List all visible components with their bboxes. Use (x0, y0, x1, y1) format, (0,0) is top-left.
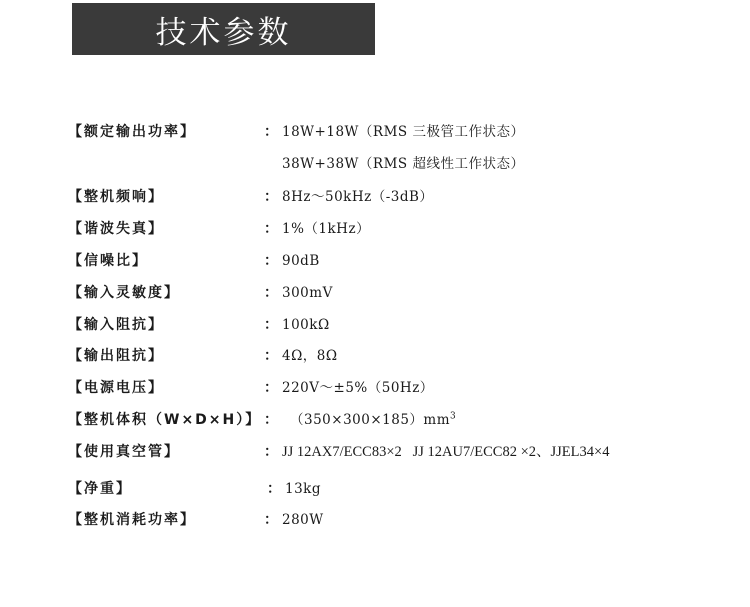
spec-value: 1%（1kHz） (282, 218, 370, 240)
spec-colon: ： (264, 186, 278, 208)
spec-label: 【整机消耗功率】 (68, 509, 196, 531)
spec-value: 300mV (282, 282, 333, 304)
spec-colon: ： (264, 250, 278, 272)
spec-colon: ： (264, 345, 278, 367)
spec-label: 【电源电压】 (68, 377, 164, 399)
spec-value: 220V～±5%（50Hz） (282, 377, 434, 399)
spec-value: 90dB (282, 250, 320, 272)
spec-label: 【谐波失真】 (68, 218, 164, 240)
spec-label: 【整机体积（W×D×H）】 (68, 409, 261, 431)
spec-value-continued: 38W+38W（RMS 超线性工作状态） (282, 153, 524, 175)
spec-colon: ： (267, 478, 281, 500)
spec-colon: ： (264, 314, 278, 336)
spec-colon: ： (264, 441, 278, 463)
spec-value: 280W (282, 509, 324, 531)
spec-colon: ： (264, 121, 278, 143)
spec-label: 【整机频响】 (68, 186, 164, 208)
spec-row-power-voltage: 【电源电压】 ： 220V～±5%（50Hz） (0, 377, 750, 399)
spec-row-rated-output-power: 【额定输出功率】 ： 18W+18W（RMS 三极管工作状态） (0, 121, 750, 143)
spec-row-snr: 【信噪比】 ： 90dB (0, 250, 750, 272)
section-title-banner: 技术参数 (72, 3, 375, 55)
spec-value: 18W+18W（RMS 三极管工作状态） (282, 121, 524, 143)
spec-row-vacuum-tubes: 【使用真空管】 ： JJ 12AX7/ECC83×2 JJ 12AU7/ECC8… (0, 441, 750, 463)
spec-label: 【信噪比】 (68, 250, 148, 272)
spec-value: 4Ω，8Ω (282, 345, 338, 367)
spec-colon: ： (264, 409, 278, 431)
spec-value: 8Hz～50kHz（-3dB） (282, 186, 433, 208)
spec-label: 【输出阻抗】 (68, 345, 164, 367)
spec-label: 【输入阻抗】 (68, 314, 164, 336)
spec-row-harmonic-distortion: 【谐波失真】 ： 1%（1kHz） (0, 218, 750, 240)
spec-row-input-sensitivity: 【输入灵敏度】 ： 300mV (0, 282, 750, 304)
spec-row-net-weight: 【净重】 ： 13kg (0, 478, 750, 500)
page-title: 技术参数 (156, 7, 292, 52)
spec-colon: ： (264, 377, 278, 399)
spec-row-rated-output-power-2: 38W+38W（RMS 超线性工作状态） (0, 153, 750, 175)
spec-value: （350×300×185）mm3 (290, 409, 456, 431)
spec-value: 100kΩ (282, 314, 330, 336)
spec-row-output-impedance: 【输出阻抗】 ： 4Ω，8Ω (0, 345, 750, 367)
spec-row-input-impedance: 【输入阻抗】 ： 100kΩ (0, 314, 750, 336)
spec-label: 【输入灵敏度】 (68, 282, 180, 304)
spec-value: JJ 12AX7/ECC83×2 JJ 12AU7/ECC82 ×2、JJEL3… (282, 441, 609, 463)
spec-label: 【净重】 (68, 478, 132, 500)
spec-label: 【使用真空管】 (68, 441, 180, 463)
dimensions-value: （350×300×185）mm (290, 412, 450, 428)
spec-value: 13kg (285, 478, 321, 500)
spec-colon: ： (264, 282, 278, 304)
spec-row-dimensions: 【整机体积（W×D×H）】 ： （350×300×185）mm3 (0, 409, 750, 431)
cubic-superscript: 3 (450, 412, 456, 422)
spec-colon: ： (264, 218, 278, 240)
spec-row-power-consumption: 【整机消耗功率】 ： 280W (0, 509, 750, 531)
spec-colon: ： (264, 509, 278, 531)
spec-label: 【额定输出功率】 (68, 121, 196, 143)
spec-row-frequency-response: 【整机频响】 ： 8Hz～50kHz（-3dB） (0, 186, 750, 208)
